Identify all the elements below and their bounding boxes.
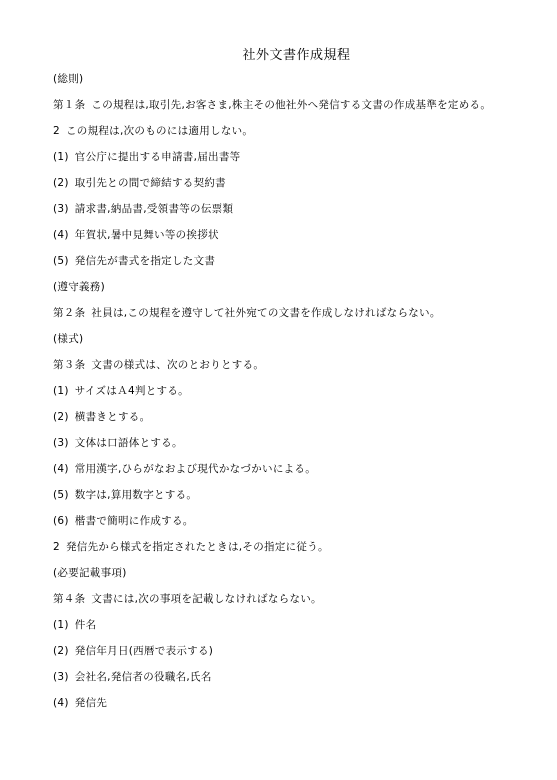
article-number: 第１条 (53, 97, 85, 113)
section-heading: (様式) (53, 331, 533, 357)
list-item: (3)請求書,納品書,受領書等の伝票類 (53, 201, 533, 227)
item-number: (5) (53, 487, 69, 503)
item-text: 発信先 (75, 697, 107, 709)
article-line: 第２条社員は,この規程を遵守して社外宛ての文書を作成しなければならない。 (53, 305, 533, 331)
item-number: (3) (53, 201, 69, 217)
list-item: (4)常用漢字,ひらがなおよび現代かなづかいによる。 (53, 461, 533, 487)
list-item: (2)取引先との間で締結する契約書 (53, 175, 533, 201)
article-number: 第３条 (53, 357, 85, 373)
paragraph-text: 発信先から様式を指定されたときは,その指定に従う。 (66, 541, 329, 553)
list-item: (2)横書きとする。 (53, 409, 533, 435)
article-line: 第１条この規程は,取引先,お客さま,株主その他社外へ発信する文書の作成基準を定め… (53, 97, 533, 123)
item-text: 発信年月日(西暦で表示する) (75, 645, 213, 657)
article-text: この規程は,取引先,お客さま,株主その他社外へ発信する文書の作成基準を定める。 (91, 99, 491, 111)
item-number: (3) (53, 669, 69, 685)
heading-text: (遵守義務) (53, 281, 105, 293)
item-number: (5) (53, 253, 69, 269)
list-item: (1)官公庁に提出する申請書,届出書等 (53, 149, 533, 175)
item-number: (4) (53, 461, 69, 477)
item-number: (1) (53, 149, 69, 165)
list-item: (2)発信年月日(西暦で表示する) (53, 643, 533, 669)
section-heading: (必要記載事項) (53, 565, 533, 591)
item-text: 数字は,算用数字とする。 (75, 489, 197, 501)
heading-text: (総則) (53, 73, 83, 85)
item-text: サイズはＡ4判とする。 (75, 385, 189, 397)
article-number: 第２条 (53, 305, 85, 321)
document-title: 社外文書作成規程 (0, 47, 557, 65)
item-text: 横書きとする。 (75, 411, 151, 423)
list-item: (5)発信先が書式を指定した文書 (53, 253, 533, 279)
item-text: 会社名,発信者の役職名,氏名 (75, 671, 212, 683)
heading-text: (必要記載事項) (53, 567, 127, 579)
list-item: (4)発信先 (53, 695, 533, 721)
item-number: (1) (53, 383, 69, 399)
paragraph-number: 2 (53, 123, 60, 139)
item-number: (3) (53, 435, 69, 451)
article-text: 文書には,次の事項を記載しなければならない。 (91, 593, 321, 605)
item-text: 件名 (75, 619, 97, 631)
list-item: (1)サイズはＡ4判とする。 (53, 383, 533, 409)
list-item: (3)会社名,発信者の役職名,氏名 (53, 669, 533, 695)
paragraph-number: 2 (53, 539, 60, 555)
article-number: 第４条 (53, 591, 85, 607)
item-number: (2) (53, 175, 69, 191)
item-number: (4) (53, 695, 69, 711)
article-text: 社員は,この規程を遵守して社外宛ての文書を作成しなければならない。 (91, 307, 440, 319)
paragraph-text: この規程は,次のものには適用しない。 (66, 125, 253, 137)
document-page: 社外文書作成規程 (総則) 第１条この規程は,取引先,お客さま,株主その他社外へ… (0, 0, 557, 780)
paragraph-line: 2発信先から様式を指定されたときは,その指定に従う。 (53, 539, 533, 565)
item-text: 楷書で簡明に作成する。 (75, 515, 194, 527)
list-item: (6)楷書で簡明に作成する。 (53, 513, 533, 539)
item-text: 発信先が書式を指定した文書 (75, 255, 215, 267)
item-number: (2) (53, 409, 69, 425)
article-text: 文書の様式は、次のとおりとする。 (91, 359, 264, 371)
paragraph-line: 2この規程は,次のものには適用しない。 (53, 123, 533, 149)
list-item: (5)数字は,算用数字とする。 (53, 487, 533, 513)
item-text: 取引先との間で締結する契約書 (75, 177, 226, 189)
item-text: 年賀状,暑中見舞い等の挨拶状 (75, 229, 219, 241)
item-text: 官公庁に提出する申請書,届出書等 (75, 151, 241, 163)
section-heading: (総則) (53, 71, 533, 97)
item-number: (2) (53, 643, 69, 659)
heading-text: (様式) (53, 333, 83, 345)
article-line: 第４条文書には,次の事項を記載しなければならない。 (53, 591, 533, 617)
item-text: 文体は口語体とする。 (75, 437, 183, 449)
list-item: (4)年賀状,暑中見舞い等の挨拶状 (53, 227, 533, 253)
section-heading: (遵守義務) (53, 279, 533, 305)
item-text: 請求書,納品書,受領書等の伝票類 (75, 203, 233, 215)
article-line: 第３条文書の様式は、次のとおりとする。 (53, 357, 533, 383)
list-item: (3)文体は口語体とする。 (53, 435, 533, 461)
item-text: 常用漢字,ひらがなおよび現代かなづかいによる。 (75, 463, 316, 475)
item-number: (6) (53, 513, 69, 529)
item-number: (1) (53, 617, 69, 633)
document-body: (総則) 第１条この規程は,取引先,お客さま,株主その他社外へ発信する文書の作成… (53, 71, 533, 721)
item-number: (4) (53, 227, 69, 243)
list-item: (1)件名 (53, 617, 533, 643)
